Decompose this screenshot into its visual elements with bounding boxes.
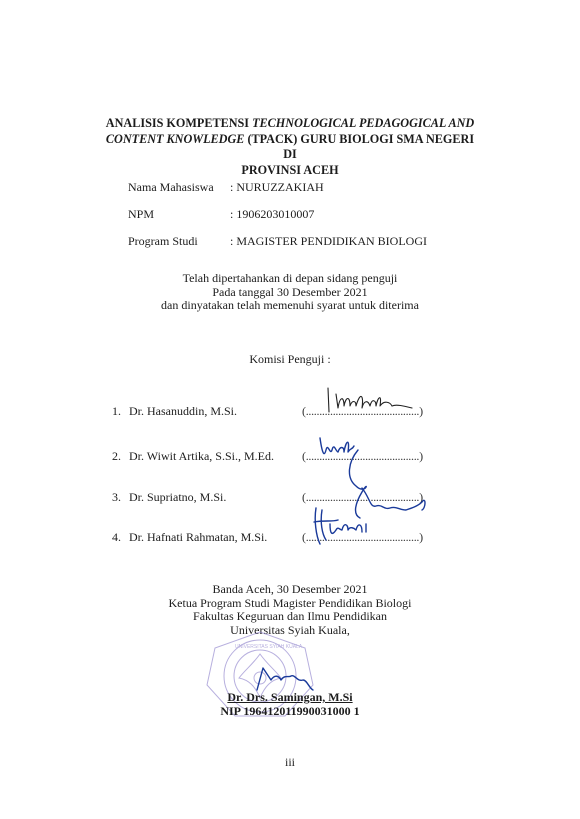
examiner-number: 3. [112,490,129,505]
stamp-text: UNIVERSITAS SYIAH KUALA [235,644,303,650]
examiner-number: 1. [112,404,129,419]
examiner-1: 1.Dr. Hasanuddin, M.Si. [112,404,237,419]
signature-4-icon [306,500,386,550]
signature-1-icon [320,382,420,422]
program-row: Program Studi: MAGISTER PENDIDIKAN BIOLO… [128,234,427,249]
title-line3: PROVINSI ACEH [100,163,480,179]
signer-block: Dr. Drs. Samingan, M.Si NIP 196412011990… [90,690,490,718]
examiner-3: 3.Dr. Supriatno, M.Si. [112,490,226,505]
npm-row: NPM: 1906203010007 [128,207,314,222]
student-name-label: Nama Mahasiswa [128,180,230,195]
signer-nip: NIP 196412011990031000 1 [90,704,490,718]
title-line1-normal: ANALISIS KOMPETENSI [106,116,252,130]
program-label: Program Studi [128,234,230,249]
examiner-name: Dr. Supriatno, M.Si. [129,490,226,504]
npm-label: NPM [128,207,230,222]
defense-statement: Telah dipertahankan di depan sidang peng… [90,272,490,313]
examiner-number: 2. [112,449,129,464]
npm-value: : 1906203010007 [230,207,314,221]
examiner-name: Dr. Wiwit Artika, S.Si., M.Ed. [129,449,274,463]
place-date: Banda Aceh, 30 Desember 2021 [90,583,490,597]
approval-block: Banda Aceh, 30 Desember 2021 Ketua Progr… [90,583,490,637]
student-name-row: Nama Mahasiswa: NURUZZAKIAH [128,180,324,195]
defense-line3: dan dinyatakan telah memenuhi syarat unt… [90,299,490,313]
title-line2-normal: (TPACK) GURU BIOLOGI SMA NEGERI DI [244,132,474,162]
title-line2-italic: CONTENT KNOWLEDGE [106,132,244,146]
thesis-title: ANALISIS KOMPETENSI TECHNOLOGICAL PEDAGO… [100,116,480,178]
signer-name: Dr. Drs. Samingan, M.Si [90,690,490,704]
defense-line2: Pada tanggal 30 Desember 2021 [90,286,490,300]
student-name-value: : NURUZZAKIAH [230,180,324,194]
examiner-2: 2.Dr. Wiwit Artika, S.Si., M.Ed. [112,449,274,464]
position-line1: Ketua Program Studi Magister Pendidikan … [90,597,490,611]
position-line2: Fakultas Keguruan dan Ilmu Pendidikan [90,610,490,624]
program-value: : MAGISTER PENDIDIKAN BIOLOGI [230,234,427,248]
examiner-number: 4. [112,530,129,545]
page-number: iii [90,756,490,770]
committee-heading: Komisi Penguji : [90,353,490,367]
defense-line1: Telah dipertahankan di depan sidang peng… [90,272,490,286]
examiner-4: 4.Dr. Hafnati Rahmatan, M.Si. [112,530,267,545]
examiner-name: Dr. Hafnati Rahmatan, M.Si. [129,530,267,544]
title-line1-italic: TECHNOLOGICAL PEDAGOGICAL AND [252,116,474,130]
examiner-name: Dr. Hasanuddin, M.Si. [129,404,237,418]
